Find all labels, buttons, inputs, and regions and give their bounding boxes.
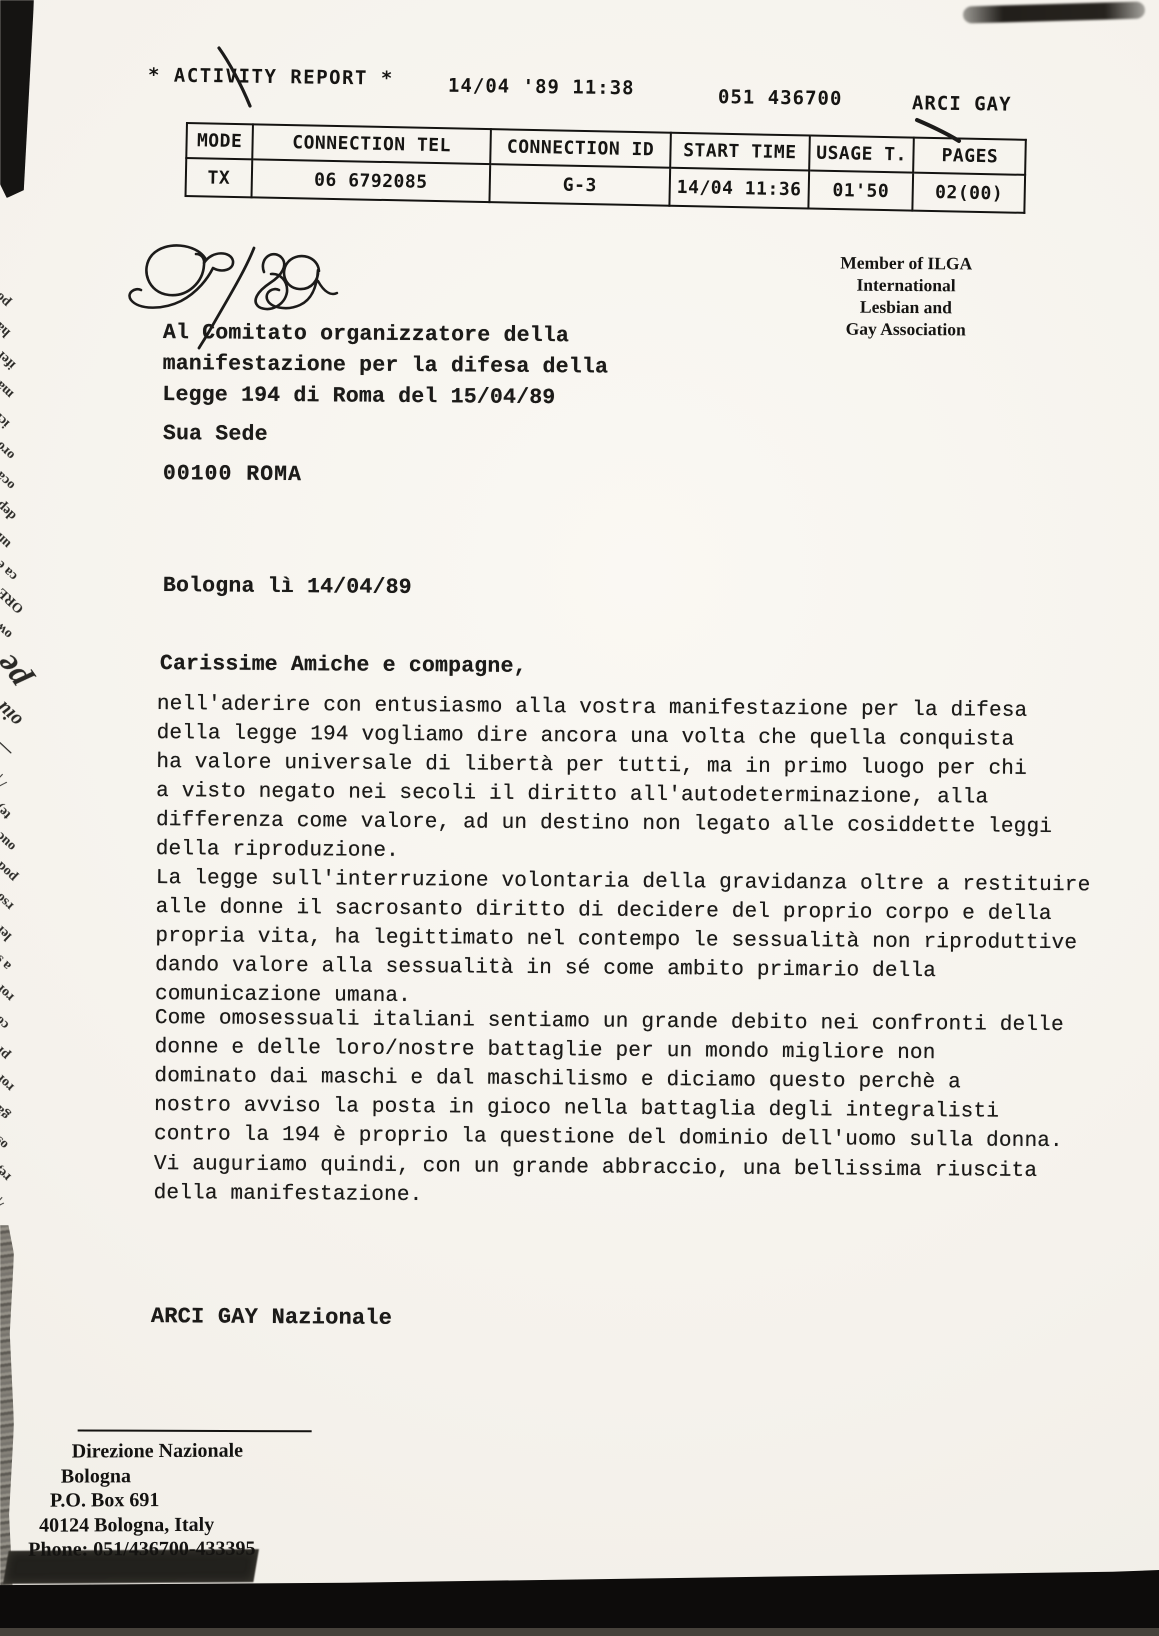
dateline: Bologna lì 14/04/89 bbox=[163, 572, 412, 603]
text-line: te) bbox=[0, 801, 14, 822]
header-connection-id: CONNECTION ID bbox=[490, 129, 671, 168]
text-line: Direzione Nazionale bbox=[72, 1438, 312, 1464]
text-line: ow bbox=[0, 619, 16, 641]
text-line: manifestazione per la difesa della bbox=[163, 349, 609, 383]
value-mode: TX bbox=[186, 158, 253, 197]
activity-report-title: * ACTIVITY REPORT * bbox=[148, 64, 394, 89]
fax-station-name: ARCI GAY bbox=[912, 92, 1012, 115]
text-line: po bbox=[0, 289, 14, 309]
text-line: ror bbox=[0, 980, 17, 1003]
ilga-membership-block: Member of ILGAInternationalLesbian andGa… bbox=[790, 251, 1023, 341]
text-line: Al Comitato organizzatore della bbox=[163, 318, 609, 352]
value-connection-tel: 06 6792085 bbox=[252, 159, 491, 202]
text-line: /| bbox=[0, 1195, 7, 1210]
text-line: Bologna bbox=[61, 1463, 312, 1489]
header-mode: MODE bbox=[186, 123, 253, 159]
paragraph-1: nell'aderire con entusiasmo alla vostra … bbox=[156, 690, 1053, 871]
text-line: 40124 Bologna, Italy bbox=[39, 1512, 312, 1538]
value-start-time: 14/04 11:36 bbox=[669, 168, 808, 209]
text-line: / | bbox=[0, 772, 10, 789]
text-line: oro bbox=[0, 438, 18, 462]
fax-report-table: MODE CONNECTION TEL CONNECTION ID START … bbox=[184, 122, 1027, 214]
text-line: ouc bbox=[0, 829, 19, 854]
text-line: ma bbox=[0, 378, 17, 401]
text-line: Member of ILGA bbox=[790, 251, 1022, 275]
value-pages: 02(00) bbox=[913, 173, 1026, 213]
text-line: pr bbox=[0, 1042, 13, 1062]
text-line: pod bbox=[0, 858, 20, 884]
salutation: Carissime Amiche e compagne, bbox=[160, 650, 527, 682]
text-line: re, bbox=[0, 1162, 14, 1183]
scan-artifact-left-edge-noise bbox=[0, 1225, 14, 1587]
text-line: ifer bbox=[0, 347, 19, 372]
text-line: a s bbox=[0, 951, 15, 972]
text-line: rso bbox=[0, 890, 17, 913]
text-line: ca e bbox=[0, 557, 21, 583]
paragraph-3: Come omosessuali italiani sentiamo un gr… bbox=[154, 1004, 1064, 1156]
text-line: P.O. Box 691 bbox=[50, 1487, 312, 1513]
scanned-fax-letter: pohaifermaicioroocadepunca eOREowpeoiu—/… bbox=[0, 0, 1159, 1636]
text-line: ici bbox=[0, 410, 13, 430]
text-line: oiu bbox=[0, 697, 26, 730]
addressee-location: Sua Sede bbox=[163, 420, 268, 450]
header-start-time: START TIME bbox=[670, 133, 809, 171]
text-line: ga bbox=[0, 1102, 13, 1122]
header-connection-tel: CONNECTION TEL bbox=[252, 124, 491, 164]
addressee-city: 00100 ROMA bbox=[163, 460, 302, 490]
fax-datetime: 14/04 '89 11:38 bbox=[448, 75, 635, 100]
text-line: co bbox=[0, 1012, 12, 1031]
footer-address-block: Direzione NazionaleBolognaP.O. Box 69140… bbox=[28, 1438, 313, 1562]
text-line: Gay Association bbox=[790, 317, 1022, 341]
paragraph-4: Vi auguriamo quindi, con un grande abbra… bbox=[154, 1150, 1038, 1215]
text-line: Legge 194 di Roma del 15/04/89 bbox=[162, 380, 608, 414]
footer-rule bbox=[78, 1429, 312, 1432]
fax-number: 051 436700 bbox=[718, 86, 843, 110]
paragraph-2: La legge sull'interruzione volontaria de… bbox=[155, 864, 1091, 1016]
scan-artifact-left-edge-text: pohaifermaicioroocadepunca eOREowpeoiu—/… bbox=[0, 292, 48, 1210]
text-line: ORE bbox=[0, 585, 27, 616]
letterhead-footer: Direzione NazionaleBolognaP.O. Box 69140… bbox=[28, 1429, 313, 1562]
text-line: os bbox=[0, 1133, 12, 1152]
text-line: International bbox=[790, 273, 1022, 297]
scan-artifact-top-right-bar bbox=[963, 1, 1145, 23]
value-connection-id: G-3 bbox=[489, 164, 670, 206]
text-line: ha bbox=[0, 319, 14, 339]
text-line: un bbox=[0, 530, 14, 551]
text-line: pe bbox=[0, 648, 35, 694]
text-line: ler bbox=[0, 921, 15, 942]
header-pages: PAGES bbox=[914, 138, 1027, 175]
text-line: dep bbox=[0, 497, 20, 522]
text-line: Phone: 051/436700-433395 bbox=[28, 1536, 312, 1562]
text-line: oca bbox=[0, 468, 18, 492]
header-usage-time: USAGE T. bbox=[809, 136, 914, 173]
text-line: Lesbian and bbox=[790, 295, 1022, 319]
text-line: — bbox=[0, 737, 16, 761]
signature: ARCI GAY Nazionale bbox=[151, 1302, 392, 1333]
scan-artifact-top-left-wedge bbox=[0, 0, 34, 198]
addressee-block: Al Comitato organizzatore dellamanifesta… bbox=[162, 318, 608, 414]
value-usage-time: 01'50 bbox=[808, 171, 913, 211]
text-line: ror bbox=[0, 1070, 17, 1093]
